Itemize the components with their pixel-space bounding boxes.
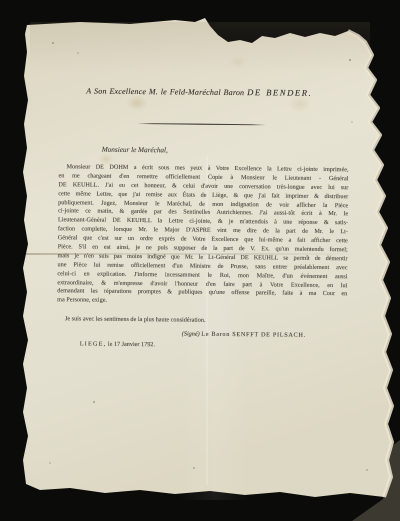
dateline-date: le 17 Janvier 1792. <box>108 341 155 348</box>
dateline-place: LIEGE, <box>80 340 107 347</box>
printed-letter: A Son Excellence M. le Feld-Maréchal Bar… <box>0 0 400 521</box>
letter-body: Monsieur DE DOHM a écrit sous mes yeux à… <box>57 163 348 308</box>
headline-address: A Son Excellence M. le Feld-Maréchal Bar… <box>86 86 244 97</box>
headline-rule <box>137 123 266 126</box>
letter-headline: A Son Excellence M. le Feld-Maréchal Bar… <box>49 85 349 98</box>
signature-line: (Signé) Le Baron SENFFT DE PILSACH. <box>182 331 306 339</box>
signed-label: (Signé) <box>182 331 200 338</box>
headline-recipient-name: DE BENDER. <box>247 87 312 98</box>
dateline: LIEGE, le 17 Janvier 1792. <box>80 340 155 348</box>
photo-background: A Son Excellence M. le Feld-Maréchal Bar… <box>0 0 400 521</box>
salutation: Monsieur le Maréchal, <box>102 146 168 155</box>
signatory-name: Le Baron SENFFT DE PILSACH. <box>201 331 306 339</box>
closing-line: Je suis avec les sentimens de la plus ha… <box>65 315 206 323</box>
